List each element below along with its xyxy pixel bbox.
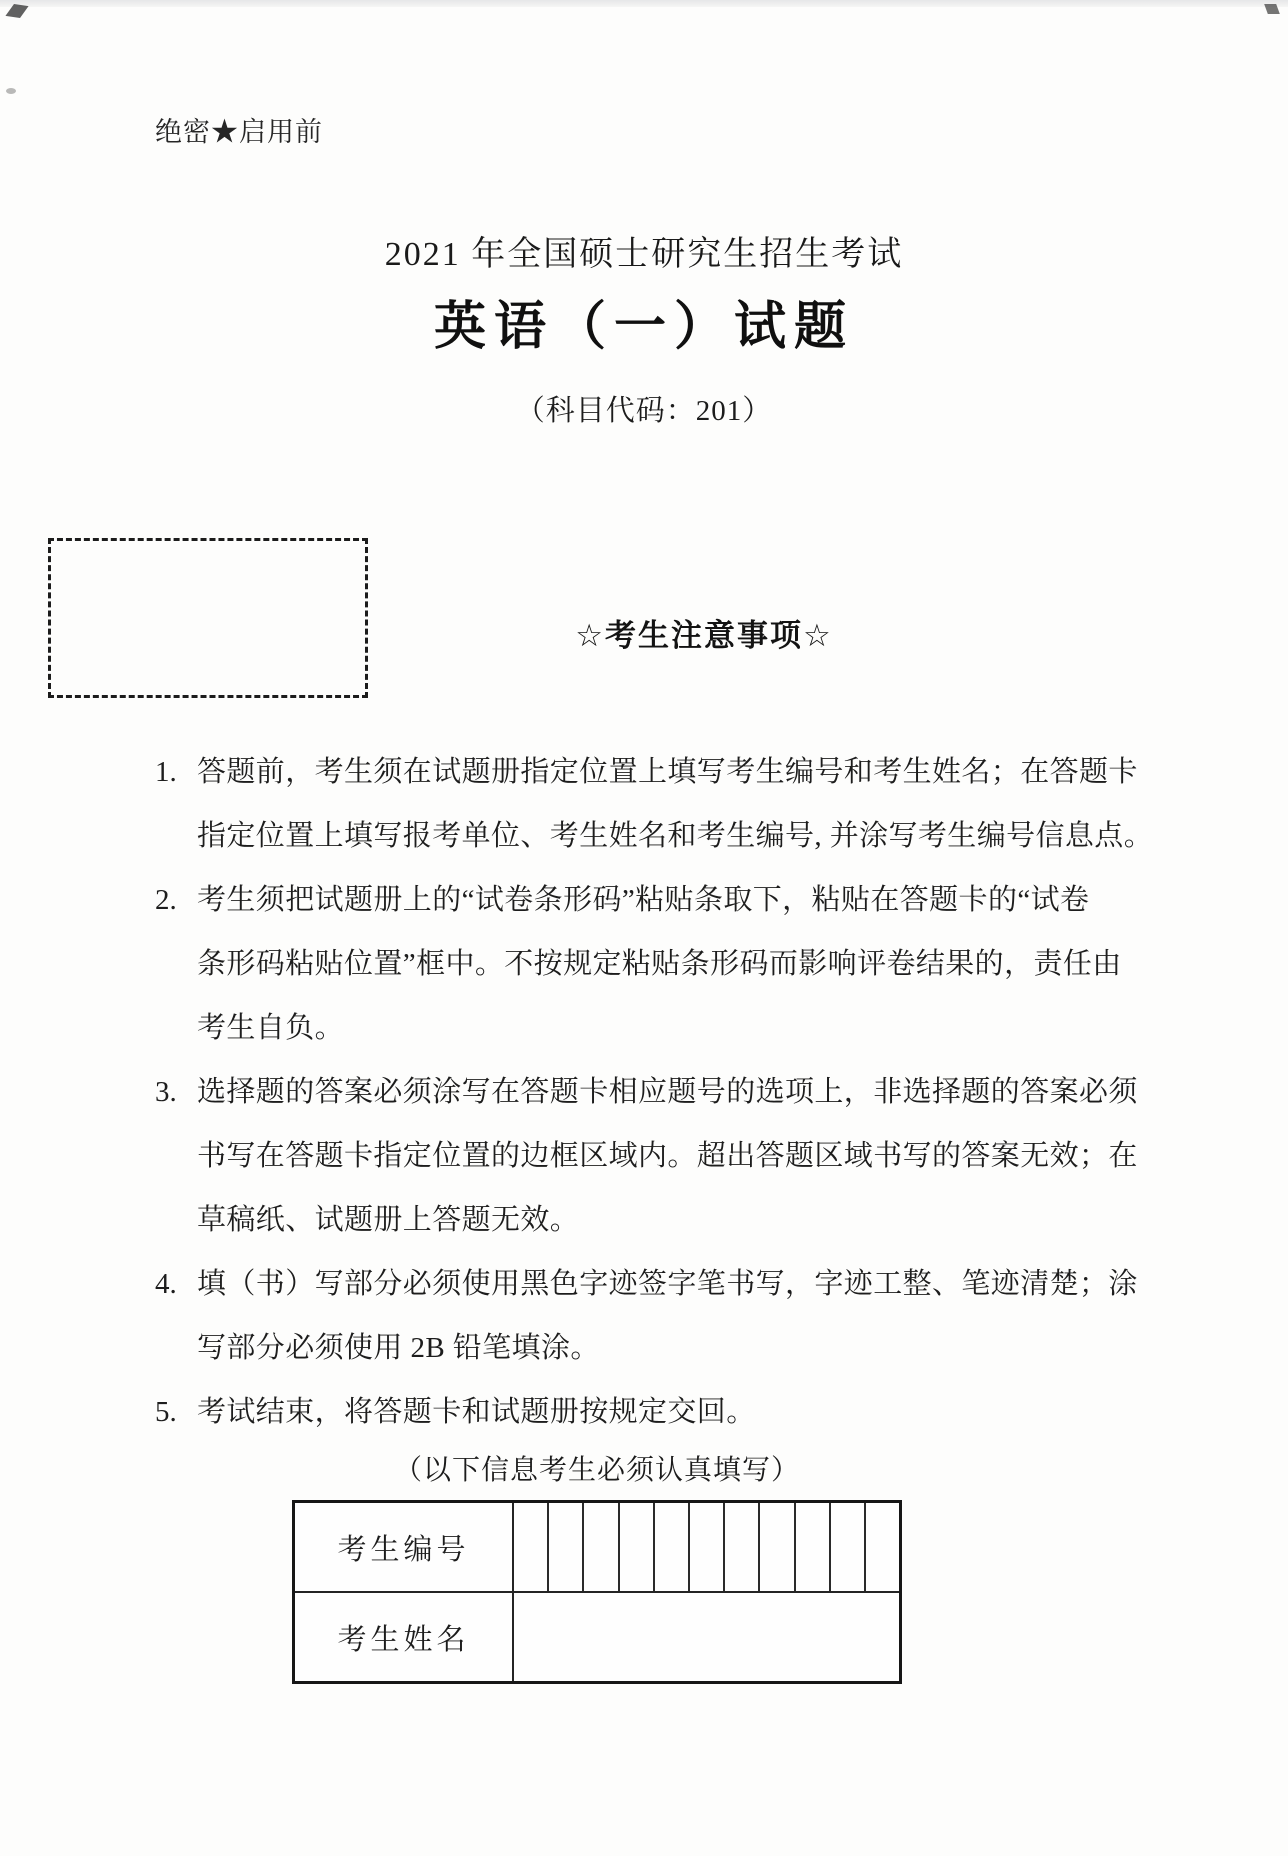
candidate-number-cell bbox=[758, 1503, 793, 1591]
candidate-number-cell bbox=[547, 1503, 582, 1591]
notice-line: 草稿纸、试题册上答题无效。 bbox=[197, 1188, 1165, 1252]
notice-lines: 选择题的答案必须涂写在答题卡相应题号的选项上，非选择题的答案必须书写在答题卡指定… bbox=[197, 1060, 1165, 1252]
notice-line: 答题前，考生须在试题册指定位置上填写考生编号和考生姓名；在答题卡 bbox=[197, 740, 1165, 804]
candidate-number-cell bbox=[794, 1503, 829, 1591]
exam-cover-page: 绝密★启用前 2021 年全国硕士研究生招生考试 英语（一）试题 （科目代码：2… bbox=[0, 0, 1288, 1856]
notice-number: 5. bbox=[155, 1380, 197, 1444]
candidate-number-cell bbox=[688, 1503, 723, 1591]
candidate-number-label: 考生编号 bbox=[295, 1503, 514, 1591]
notice-list: 1.答题前，考生须在试题册指定位置上填写考生编号和考生姓名；在答题卡指定位置上填… bbox=[155, 740, 1165, 1444]
candidate-name-row: 考生姓名 bbox=[295, 1591, 899, 1681]
exam-year-title: 2021 年全国硕士研究生招生考试 bbox=[0, 226, 1288, 275]
notice-line: 写部分必须使用 2B 铅笔填涂。 bbox=[197, 1316, 1165, 1380]
notice-number: 1. bbox=[155, 740, 197, 868]
fill-info-caption: （以下信息考生必须认真填写） bbox=[292, 1448, 902, 1488]
candidate-name-label: 考生姓名 bbox=[295, 1593, 514, 1681]
candidate-name-cell bbox=[514, 1593, 899, 1681]
notice-heading: ☆考生注意事项☆ bbox=[60, 610, 1288, 655]
notice-line: 选择题的答案必须涂写在答题卡相应题号的选项上，非选择题的答案必须 bbox=[197, 1060, 1165, 1124]
candidate-number-cell bbox=[582, 1503, 617, 1591]
notice-line: 指定位置上填写报考单位、考生姓名和考生编号, 并涂写考生编号信息点。 bbox=[197, 804, 1165, 868]
classification-label: 绝密★启用前 bbox=[155, 110, 323, 149]
candidate-number-cell bbox=[653, 1503, 688, 1591]
candidate-number-row: 考生编号 bbox=[295, 1503, 899, 1591]
candidate-number-cell bbox=[514, 1503, 547, 1591]
notice-item: 4.填（书）写部分必须使用黑色字迹签字笔书写，字迹工整、笔迹清楚；涂写部分必须使… bbox=[155, 1252, 1165, 1380]
candidate-number-cells bbox=[514, 1503, 899, 1591]
notice-line: 考试结束，将答题卡和试题册按规定交回。 bbox=[197, 1380, 1165, 1444]
notice-item: 3.选择题的答案必须涂写在答题卡相应题号的选项上，非选择题的答案必须书写在答题卡… bbox=[155, 1060, 1165, 1252]
scan-edge-strip bbox=[0, 0, 1288, 7]
candidate-info-table: 考生编号 考生姓名 bbox=[292, 1500, 902, 1684]
notice-number: 3. bbox=[155, 1060, 197, 1252]
notice-number: 4. bbox=[155, 1252, 197, 1380]
candidate-number-cell bbox=[829, 1503, 864, 1591]
candidate-number-cell bbox=[618, 1503, 653, 1591]
subject-code-label: （科目代码：201） bbox=[0, 388, 1288, 429]
notice-line: 考生须把试题册上的“试卷条形码”粘贴条取下，粘贴在答题卡的“试卷 bbox=[197, 868, 1165, 932]
notice-item: 5.考试结束，将答题卡和试题册按规定交回。 bbox=[155, 1380, 1165, 1444]
notice-line: 书写在答题卡指定位置的边框区域内。超出答题区域书写的答案无效；在 bbox=[197, 1124, 1165, 1188]
scan-artifact bbox=[6, 88, 16, 94]
notice-lines: 考生须把试题册上的“试卷条形码”粘贴条取下，粘贴在答题卡的“试卷条形码粘贴位置”… bbox=[197, 868, 1165, 1060]
candidate-number-cell bbox=[864, 1503, 899, 1591]
candidate-number-cell bbox=[723, 1503, 758, 1591]
notice-lines: 答题前，考生须在试题册指定位置上填写考生编号和考生姓名；在答题卡指定位置上填写报… bbox=[197, 740, 1165, 868]
notice-lines: 填（书）写部分必须使用黑色字迹签字笔书写，字迹工整、笔迹清楚；涂写部分必须使用 … bbox=[197, 1252, 1165, 1380]
notice-number: 2. bbox=[155, 868, 197, 1060]
notice-item: 2.考生须把试题册上的“试卷条形码”粘贴条取下，粘贴在答题卡的“试卷条形码粘贴位… bbox=[155, 868, 1165, 1060]
exam-paper-title: 英语（一）试题 bbox=[0, 284, 1288, 359]
notice-line: 考生自负。 bbox=[197, 996, 1165, 1060]
notice-lines: 考试结束，将答题卡和试题册按规定交回。 bbox=[197, 1380, 1165, 1444]
notice-line: 填（书）写部分必须使用黑色字迹签字笔书写，字迹工整、笔迹清楚；涂 bbox=[197, 1252, 1165, 1316]
notice-line: 条形码粘贴位置”框中。不按规定粘贴条形码而影响评卷结果的，责任由 bbox=[197, 932, 1165, 996]
notice-item: 1.答题前，考生须在试题册指定位置上填写考生编号和考生姓名；在答题卡指定位置上填… bbox=[155, 740, 1165, 868]
